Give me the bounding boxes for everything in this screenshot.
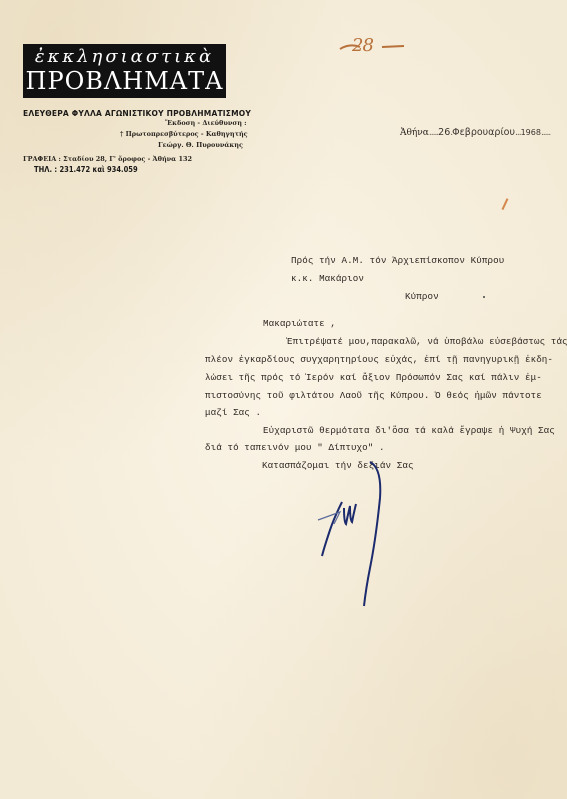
paragraph-1-line-5: μαζί Σας .: [205, 407, 261, 418]
addressee-line-3: Κύπρον: [405, 291, 439, 302]
addressee-line-2: κ.κ. Μακάριον: [291, 273, 364, 284]
paragraph-2-line-2: διά τό ταπεινόν μου " Δίπτυχο" .: [205, 442, 385, 453]
period-mark: [483, 296, 485, 298]
salutation: Μακαριώτατε ,: [263, 318, 336, 329]
date-month: Φεβρουαρίου: [452, 127, 515, 138]
letterhead-subtitle: ΕΛΕΥΘΕΡΑ ΦΥΛΛΑ ΑΓΩΝΙΣΤΙΚΟΥ ΠΡΟΒΛΗΜΑΤΙΣΜΟ…: [23, 108, 216, 118]
publisher-line-2: † Πρωτοπρεσβύτερος - Καθηγητής: [120, 130, 248, 138]
office-address: ΓΡΑΦΕΙΑ : Σταδίου 28, Γ' ὄροφος - Ἀθήνα …: [23, 155, 192, 163]
handwritten-reference-number: 28: [352, 35, 373, 56]
date-year: 1968: [521, 128, 541, 137]
paragraph-1-line-4: πιστοσύνης τοῦ φιλτάτου Λαοῦ τῆς Κύπρου.…: [205, 390, 542, 401]
paragraph-1-line-3: λώσει τῆς πρός τό Ἱερόν καί ἄξιον Πρόσωπ…: [205, 372, 542, 383]
masthead-title: ΠΡΟΒΛΗΜΑΤΑ: [23, 68, 226, 94]
stray-pen-mark: [502, 198, 508, 210]
addressee-line-1: Πρός τήν Α.Μ. τόν Ἀρχιεπίσκοπον Κύπρου: [291, 255, 504, 266]
paragraph-1-line-2: πλέον ἐγκαρδίους συγχαρητηρίους εὐχάς, ἐ…: [205, 354, 553, 365]
date-line: Ἀθήνα.....26.Φεβρουαρίου...1968.....: [400, 127, 550, 138]
date-day: 26: [438, 127, 450, 138]
masthead-top-text: ἐκκλησιαστικὰ: [23, 46, 226, 68]
dot-leader: .....: [541, 128, 550, 138]
publisher-line-3: Γεώργ. Θ. Πυρουνάκης: [158, 141, 243, 149]
phone-numbers: ΤΗΛ. : 231.472 καὶ 934.059: [34, 165, 138, 174]
letter-paper: ἐκκλησιαστικὰ ΠΡΟΒΛΗΜΑΤΑ ΕΛΕΥΘΕΡΑ ΦΥΛΛΑ …: [0, 0, 567, 799]
dot-leader: .....: [429, 128, 438, 138]
handwritten-signature-icon: [300, 458, 420, 608]
paragraph-1-line-1: Ἐπιτρέψατέ μου,παρακαλῶ, νά ὑποβάλω εὐσε…: [287, 336, 567, 347]
reference-strike-icon: [338, 41, 408, 55]
masthead: ἐκκλησιαστικὰ ΠΡΟΒΛΗΜΑΤΑ: [23, 44, 226, 98]
publisher-line-1: Ἔκδοση - Διεύθυνση :: [165, 119, 247, 127]
paragraph-2-line-1: Εὐχαριστῶ θερμότατα δι'ὅσα τά καλά ἔγραψ…: [263, 425, 555, 436]
date-place: Ἀθήνα: [400, 128, 429, 138]
